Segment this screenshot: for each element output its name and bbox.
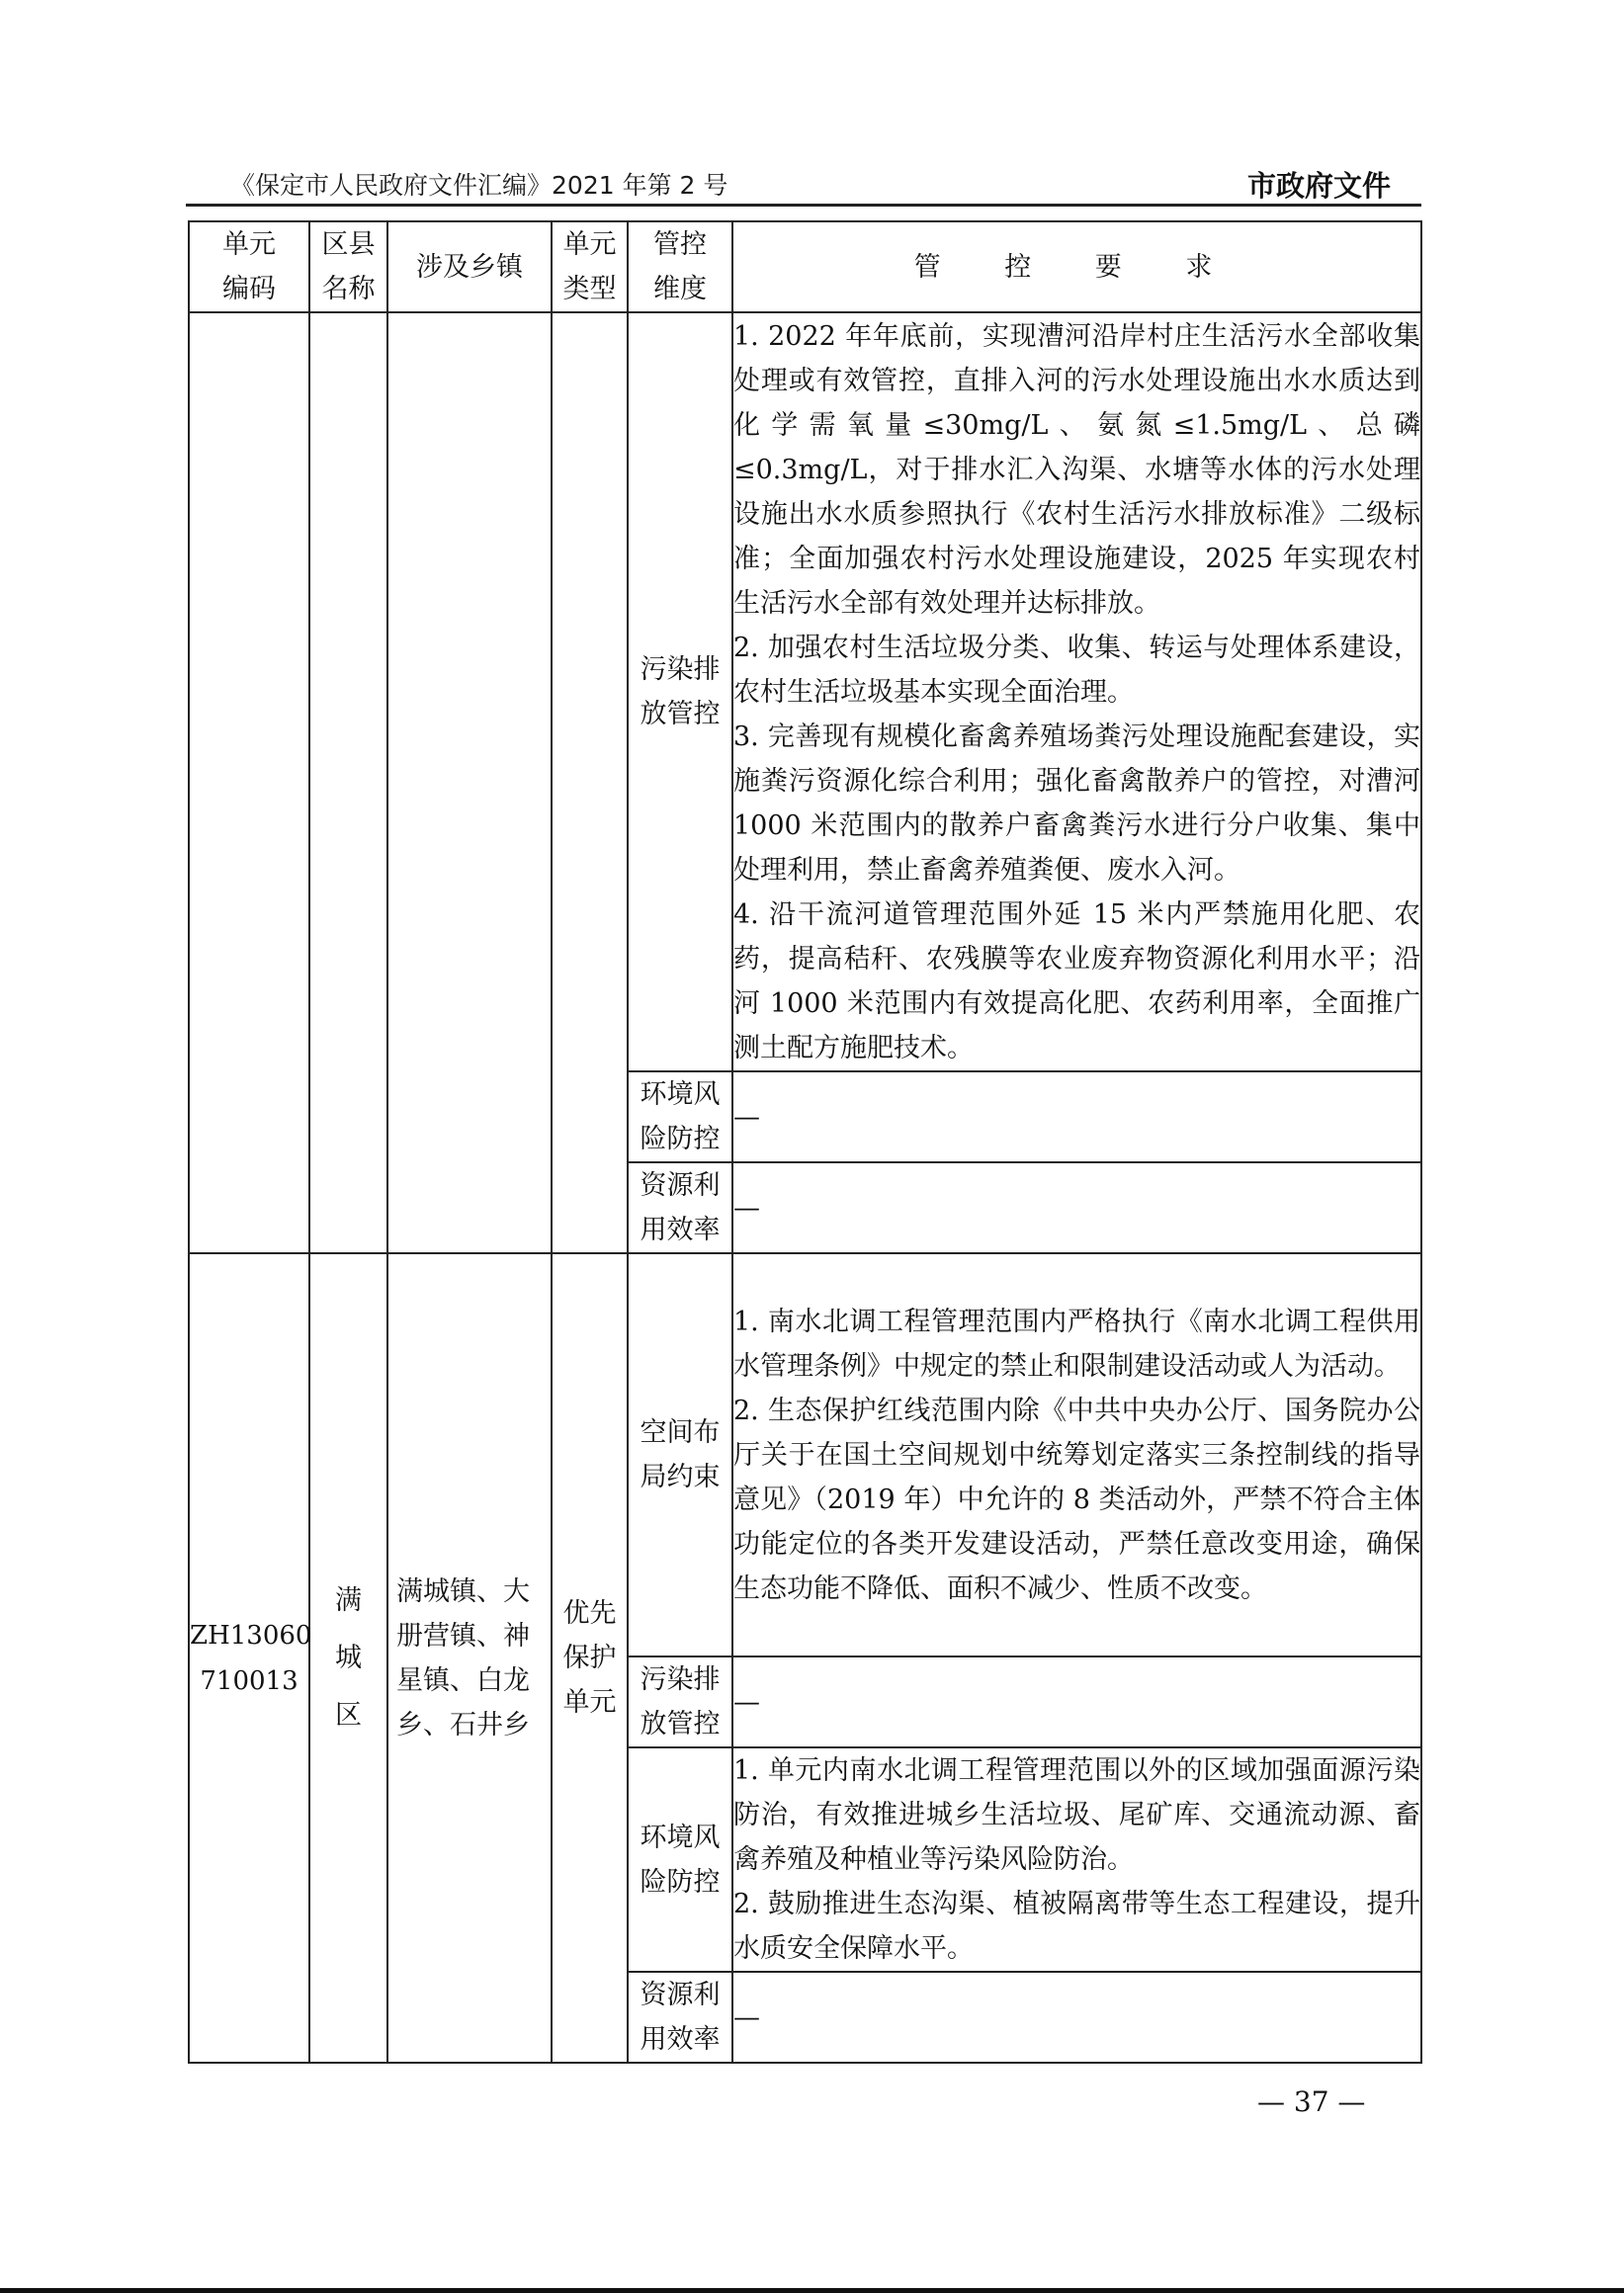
col-header-requirements: 管 控 要 求 [732, 221, 1421, 312]
col-header-unit-type: 单元类型 [552, 221, 628, 312]
unit-code-cell: ZH13060710013 [189, 1253, 309, 2063]
unit-code-cell-empty [189, 312, 309, 1253]
table-row: ZH13060710013 满城区 满城镇、大册营镇、神星镇、白龙乡、石井乡 优… [189, 1253, 1421, 1656]
requirement-item: 1. 2022 年年底前，实现漕河沿岸村庄生活污水全部收集处理或有效管控，直排入… [733, 314, 1420, 626]
dimension-cell: 空间布局约束 [628, 1253, 732, 1656]
requirement-item: 2. 生态保护红线范围内除《中共中央办公厅、国务院办公厅关于在国土空间规划中统筹… [733, 1389, 1420, 1611]
requirement-item: 4. 沿干流河道管理范围外延 15 米内严禁施用化肥、农药，提高秸秆、农残膜等农… [733, 892, 1420, 1070]
col-header-towns: 涉及乡镇 [387, 221, 552, 312]
table-header-row: 单元编码 区县名称 涉及乡镇 单元类型 管控维度 管 控 要 求 [189, 221, 1421, 312]
dimension-cell: 资源利用效率 [628, 1972, 732, 2063]
col-header-county: 区县名称 [309, 221, 387, 312]
table-row: 污染排放管控 1. 2022 年年底前，实现漕河沿岸村庄生活污水全部收集处理或有… [189, 312, 1421, 1071]
col-header-unit-code: 单元编码 [189, 221, 309, 312]
col-header-dimension: 管控维度 [628, 221, 732, 312]
unit-type-cell-empty [552, 312, 628, 1253]
requirements-cell: 1. 南水北调工程管理范围内严格执行《南水北调工程供用水管理条例》中规定的禁止和… [732, 1253, 1421, 1656]
publication-title: 《保定市人民政府文件汇编》2021 年第 2 号 [230, 166, 727, 202]
requirements-cell: 1. 单元内南水北调工程管理范围以外的区域加强面源污染防治，有效推进城乡生活垃圾… [732, 1747, 1421, 1972]
requirements-cell: — [732, 1071, 1421, 1162]
header-divider [186, 204, 1421, 207]
unit-type-cell: 优先保护单元 [552, 1253, 628, 2063]
towns-cell: 满城镇、大册营镇、神星镇、白龙乡、石井乡 [387, 1253, 552, 2063]
dimension-cell: 污染排放管控 [628, 1656, 732, 1747]
section-label: 市政府文件 [1247, 164, 1391, 205]
dimension-cell: 污染排放管控 [628, 312, 732, 1071]
requirement-item: 3. 完善现有规模化畜禽养殖场粪污处理设施配套建设，实施粪污资源化综合利用；强化… [733, 715, 1420, 892]
scan-edge-divider [0, 2288, 1624, 2293]
requirement-item: 1. 南水北调工程管理范围内严格执行《南水北调工程供用水管理条例》中规定的禁止和… [733, 1300, 1420, 1389]
requirements-cell: — [732, 1162, 1421, 1253]
requirements-cell: — [732, 1656, 1421, 1747]
county-cell: 满城区 [309, 1253, 387, 2063]
dimension-cell: 环境风险防控 [628, 1747, 732, 1972]
requirement-item: 2. 鼓励推进生态沟渠、植被隔离带等生态工程建设，提升水质安全保障水平。 [733, 1882, 1420, 1971]
control-requirements-table: 单元编码 区县名称 涉及乡镇 单元类型 管控维度 管 控 要 求 污染排放管控 … [188, 220, 1422, 2064]
requirement-item: 2. 加强农村生活垃圾分类、收集、转运与处理体系建设，农村生活垃圾基本实现全面治… [733, 626, 1420, 715]
requirements-cell: — [732, 1972, 1421, 2063]
towns-cell-empty [387, 312, 552, 1253]
page-number: — 37 — [1257, 2085, 1365, 2118]
dimension-cell: 资源利用效率 [628, 1162, 732, 1253]
county-cell-empty [309, 312, 387, 1253]
dimension-cell: 环境风险防控 [628, 1071, 732, 1162]
requirement-item: 1. 单元内南水北调工程管理范围以外的区域加强面源污染防治，有效推进城乡生活垃圾… [733, 1748, 1420, 1882]
requirements-cell: 1. 2022 年年底前，实现漕河沿岸村庄生活污水全部收集处理或有效管控，直排入… [732, 312, 1421, 1071]
